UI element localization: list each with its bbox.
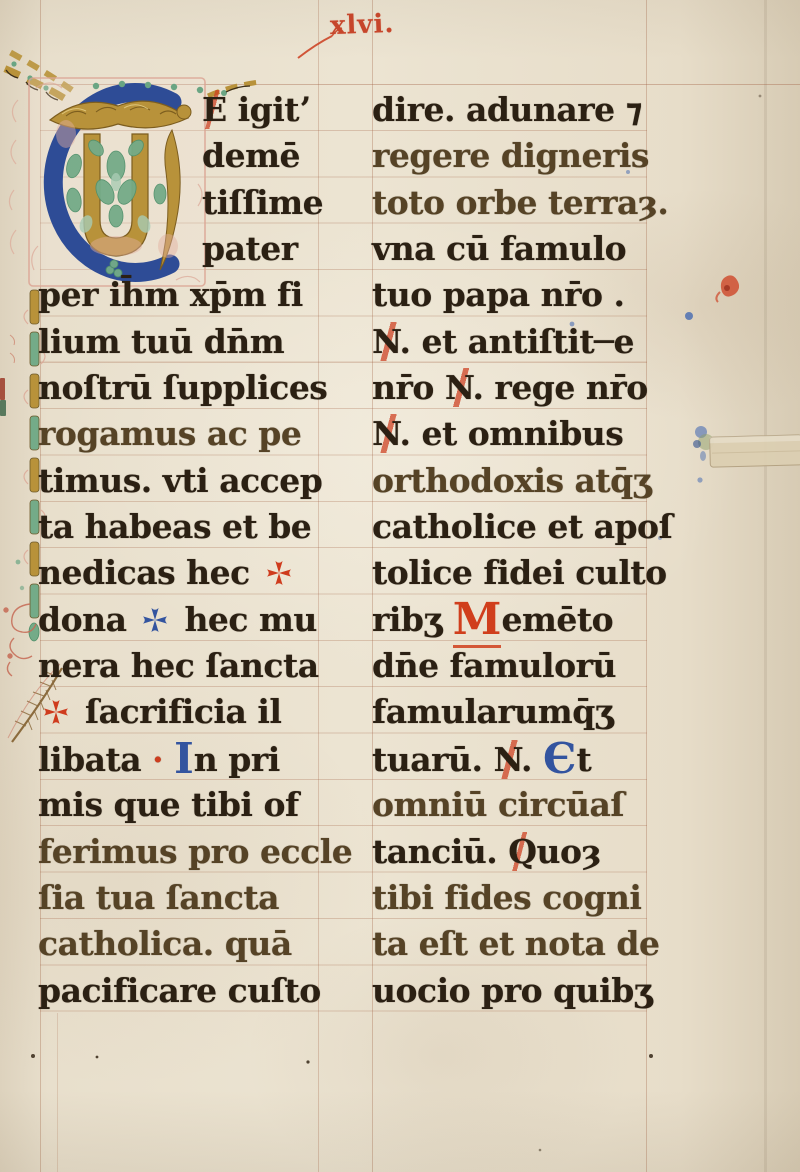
penwork-flourish-red	[4, 604, 36, 676]
text-segment: N.	[445, 368, 484, 407]
text-segment: ·	[141, 740, 163, 779]
text-segment: I	[174, 734, 194, 783]
manuscript-line: ferimus pro eccle	[38, 828, 370, 874]
text-segment: igitʼ	[227, 90, 310, 129]
ruling-line	[26, 84, 800, 85]
text-segment: et antiſtit─e	[411, 322, 634, 361]
ruling-line	[57, 1013, 58, 1172]
manuscript-line: catholica. quā	[38, 920, 370, 966]
text-segment: dona	[38, 600, 137, 639]
text-column-right: dire. adunare ⁊regere digneristoto orbe …	[372, 86, 650, 1013]
text-segment: rogamus ac pe	[38, 414, 301, 453]
text-segment: uocio pro quibʒ	[372, 971, 652, 1010]
text-segment: timus. vti accep	[38, 461, 322, 500]
manuscript-line: tuarū. N. Єt	[372, 735, 650, 781]
text-segment: ferimus pro eccle	[38, 832, 352, 871]
manuscript-line: libata · In pri	[38, 735, 370, 781]
folio-number: xlvi.	[329, 9, 394, 41]
text-segment: orthodoxis atq̄ʒ	[372, 461, 651, 500]
manuscript-line: ſia tua ſancta	[38, 874, 370, 920]
manuscript-line: tanciū. Quoȝ	[372, 828, 650, 874]
text-segment: omniū circūaſ	[372, 785, 624, 824]
edge-paint-marks	[0, 378, 24, 590]
manuscript-line: famularumq̄ʒ	[372, 688, 650, 734]
text-segment: dn̄e famulorū	[372, 646, 616, 685]
manuscript-line: omniū circūaſ	[372, 781, 650, 827]
text-segment: tuarū.	[372, 740, 493, 779]
text-segment: rege nr̄o	[483, 368, 647, 407]
text-segment: tanciū.	[372, 832, 508, 871]
text-segment: pater	[202, 229, 298, 268]
text-segment: demē	[202, 136, 300, 175]
manuscript-line: ribʒ Memēto	[372, 596, 650, 642]
manuscript-line: mis que tibi of	[38, 781, 370, 827]
manuscript-line: catholice et apoſ	[372, 503, 650, 549]
manuscript-line: E igitʼ	[38, 86, 370, 132]
text-segment: N.	[372, 414, 411, 453]
text-segment: dire. adunare ⁊	[372, 90, 642, 129]
manuscript-line: tibi fides cogni	[372, 874, 650, 920]
manuscript-line: tiſſime	[38, 179, 370, 225]
ink-blot-red	[716, 275, 739, 302]
text-segment: E	[202, 90, 227, 129]
text-segment: vna cū famulo	[372, 229, 626, 268]
manuscript-line: vna cū famulo	[372, 225, 650, 271]
manuscript-line: tuo papa nr̄o .	[372, 271, 650, 317]
text-segment: N.	[493, 740, 532, 779]
manuscript-line: lium tuū dn̄m	[38, 318, 370, 364]
text-segment: N.	[372, 322, 411, 361]
text-segment: nr̄o	[372, 368, 445, 407]
text-segment: et omnibus	[411, 414, 624, 453]
text-segment: regere digneris	[372, 136, 649, 175]
text-segment: per ih̄m xp̄m fi	[38, 275, 303, 314]
manuscript-line: rogamus ac pe	[38, 410, 370, 456]
text-segment: tolice fidei culto	[372, 553, 667, 592]
manuscript-page: xlvi. E igitʼdemētiſſimepaterper ih̄m xp…	[0, 0, 800, 1172]
text-segment	[532, 740, 543, 779]
text-segment: tuo papa nr̄o .	[372, 275, 625, 314]
blessing-cross-red-icon	[38, 692, 74, 731]
manuscript-line: dn̄e famulorū	[372, 642, 650, 688]
parchment-crease	[764, 0, 767, 1172]
manuscript-line: nedicas hec	[38, 549, 370, 595]
text-segment: tiſſime	[202, 183, 323, 222]
manuscript-line: ſacrificia il	[38, 688, 370, 734]
manuscript-line: N. et antiſtit─e	[372, 318, 650, 364]
manuscript-line: nera hec ſancta	[38, 642, 370, 688]
repair-patch	[710, 435, 800, 467]
text-segment: n pri	[194, 740, 280, 779]
blessing-cross-blue-icon	[137, 600, 173, 639]
text-segment: M	[453, 594, 502, 648]
text-segment: mis que tibi of	[38, 785, 299, 824]
manuscript-line: N. et omnibus	[372, 410, 650, 456]
text-segment: pacificare cuſto	[38, 971, 321, 1010]
text-segment: catholica. quā	[38, 924, 292, 963]
text-segment: t	[576, 740, 591, 779]
text-segment: libata	[38, 740, 141, 779]
manuscript-line: uocio pro quibʒ	[372, 967, 650, 1013]
manuscript-line: demē	[38, 132, 370, 178]
text-segment: tibi fides cogni	[372, 878, 641, 917]
manuscript-line: dona hec mu	[38, 596, 370, 642]
penwork-flourish	[9, 100, 18, 254]
text-segment: ſacrificia il	[74, 692, 281, 731]
text-segment: catholice et apoſ	[372, 507, 672, 546]
text-segment: ta habeas et be	[38, 507, 311, 546]
text-column-left: E igitʼdemētiſſimepaterper ih̄m xp̄m fil…	[38, 86, 370, 1013]
manuscript-line: regere digneris	[372, 132, 650, 178]
manuscript-line: noſtrū ſupplices	[38, 364, 370, 410]
text-segment: emēto	[501, 600, 613, 639]
manuscript-line: pater	[38, 225, 370, 271]
manuscript-line: orthodoxis atq̄ʒ	[372, 457, 650, 503]
text-segment: hec mu	[173, 600, 316, 639]
text-segment: nera hec ſancta	[38, 646, 319, 685]
manuscript-line: ta habeas et be	[38, 503, 370, 549]
manuscript-line: tolice fidei culto	[372, 549, 650, 595]
text-segment: ſia tua ſancta	[38, 878, 279, 917]
manuscript-line: toto orbe terraȝ.	[372, 179, 650, 225]
text-segment: noſtrū ſupplices	[38, 368, 327, 407]
text-segment: toto orbe terraȝ.	[372, 183, 668, 222]
text-segment: ribʒ	[372, 600, 453, 639]
text-segment: famularumq̄ʒ	[372, 692, 613, 731]
text-segment: lium tuū dn̄m	[38, 322, 284, 361]
text-segment: uoȝ	[536, 832, 601, 871]
manuscript-line: ta eſt et nota de	[372, 920, 650, 966]
text-segment: ta eſt et nota de	[372, 924, 659, 963]
manuscript-line: nr̄o N. rege nr̄o	[372, 364, 650, 410]
text-segment	[163, 740, 174, 779]
manuscript-line: timus. vti accep	[38, 457, 370, 503]
manuscript-line: pacificare cuſto	[38, 967, 370, 1013]
text-segment: nedicas hec	[38, 553, 261, 592]
blessing-cross-red-icon	[261, 553, 297, 592]
manuscript-line: per ih̄m xp̄m fi	[38, 271, 370, 317]
text-segment: Q	[508, 832, 536, 871]
manuscript-line: dire. adunare ⁊	[372, 86, 650, 132]
text-segment: Є	[543, 734, 576, 783]
